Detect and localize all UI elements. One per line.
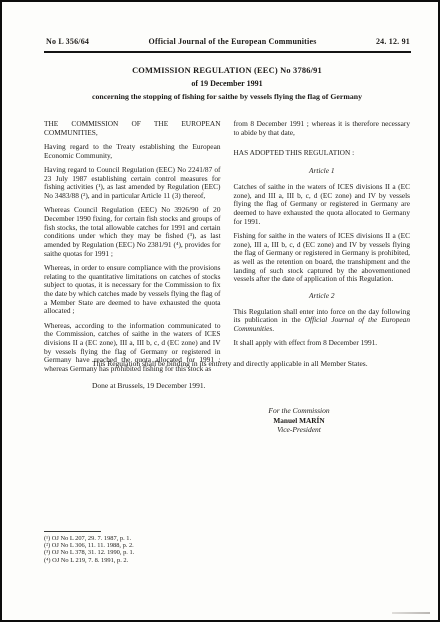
adoption-clause: HAS ADOPTED THIS REGULATION : — [234, 149, 411, 158]
footnote-4: (⁴) OJ No L 219, 7. 8. 1991, p. 2. — [44, 557, 134, 564]
article-2-paragraph-1: This Regulation shall enter into force o… — [234, 308, 411, 334]
preamble-treaty-paragraph: Having regard to the Treaty establishing… — [44, 143, 221, 160]
right-column: from 8 December 1991 ; whereas it is the… — [234, 120, 411, 374]
article-2-paragraph-2: It shall apply with effect from 8 Decemb… — [234, 339, 411, 348]
body-columns: THE COMMISSION OF THE EUROPEAN COMMUNITI… — [44, 120, 410, 374]
recital-continuation: from 8 December 1991 ; whereas it is the… — [234, 120, 411, 137]
footnote-rule — [44, 531, 101, 532]
place-and-date: Done at Brussels, 19 December 1991. — [92, 381, 379, 390]
left-column: THE COMMISSION OF THE EUROPEAN COMMUNITI… — [44, 120, 221, 374]
regulation-date: of 19 December 1991 — [44, 79, 410, 88]
footnotes-block: (¹) OJ No L 207, 29. 7. 1987, p. 1. (²) … — [44, 531, 134, 564]
regulation-title: COMMISSION REGULATION (EEC) No 3786/91 — [44, 66, 410, 75]
journal-name: Official Journal of the European Communi… — [149, 37, 317, 46]
header-rule — [44, 51, 411, 53]
footnote-1: (¹) OJ No L 207, 29. 7. 1987, p. 1. — [44, 535, 134, 542]
signature-role: Vice-President — [233, 425, 365, 435]
signature-block: For the Commission Manuel MARÍN Vice-Pre… — [233, 406, 365, 435]
title-block: COMMISSION REGULATION (EEC) No 3786/91 o… — [44, 66, 410, 102]
binding-clause: This Regulation shall be binding in its … — [92, 359, 379, 368]
recital-paragraph-2: Whereas, in order to ensure compliance w… — [44, 264, 221, 316]
scan-artifact — [392, 612, 430, 614]
article-1-paragraph-2: Fishing for saithe in the waters of ICES… — [234, 232, 411, 284]
issue-number: No L 356/64 — [46, 37, 89, 46]
footnote-3: (³) OJ No L 378, 31. 12. 1990, p. 1. — [44, 549, 134, 556]
regulation-subject: concerning the stopping of fishing for s… — [77, 92, 377, 102]
journal-date: 24. 12. 91 — [376, 37, 410, 46]
preamble-regulation-paragraph: Having regard to Council Regulation (EEC… — [44, 166, 221, 201]
recital-paragraph-1: Whereas Council Regulation (EEC) No 3926… — [44, 206, 221, 258]
signature-on-behalf: For the Commission — [233, 406, 365, 416]
document-page: No L 356/64 Official Journal of the Euro… — [0, 0, 440, 622]
signature-name: Manuel MARÍN — [233, 416, 365, 426]
footnote-2: (²) OJ No L 306, 11. 11. 1988, p. 2. — [44, 542, 134, 549]
closing-block: This Regulation shall be binding in its … — [92, 359, 379, 390]
entry-into-force-period: . — [272, 324, 274, 333]
article-1-paragraph-1: Catches of saithe in the waters of ICES … — [234, 183, 411, 227]
preamble-commission-line: THE COMMISSION OF THE EUROPEAN COMMUNITI… — [44, 120, 221, 137]
journal-header: No L 356/64 Official Journal of the Euro… — [46, 37, 410, 46]
article-2-heading: Article 2 — [234, 292, 411, 301]
article-1-heading: Article 1 — [234, 167, 411, 176]
